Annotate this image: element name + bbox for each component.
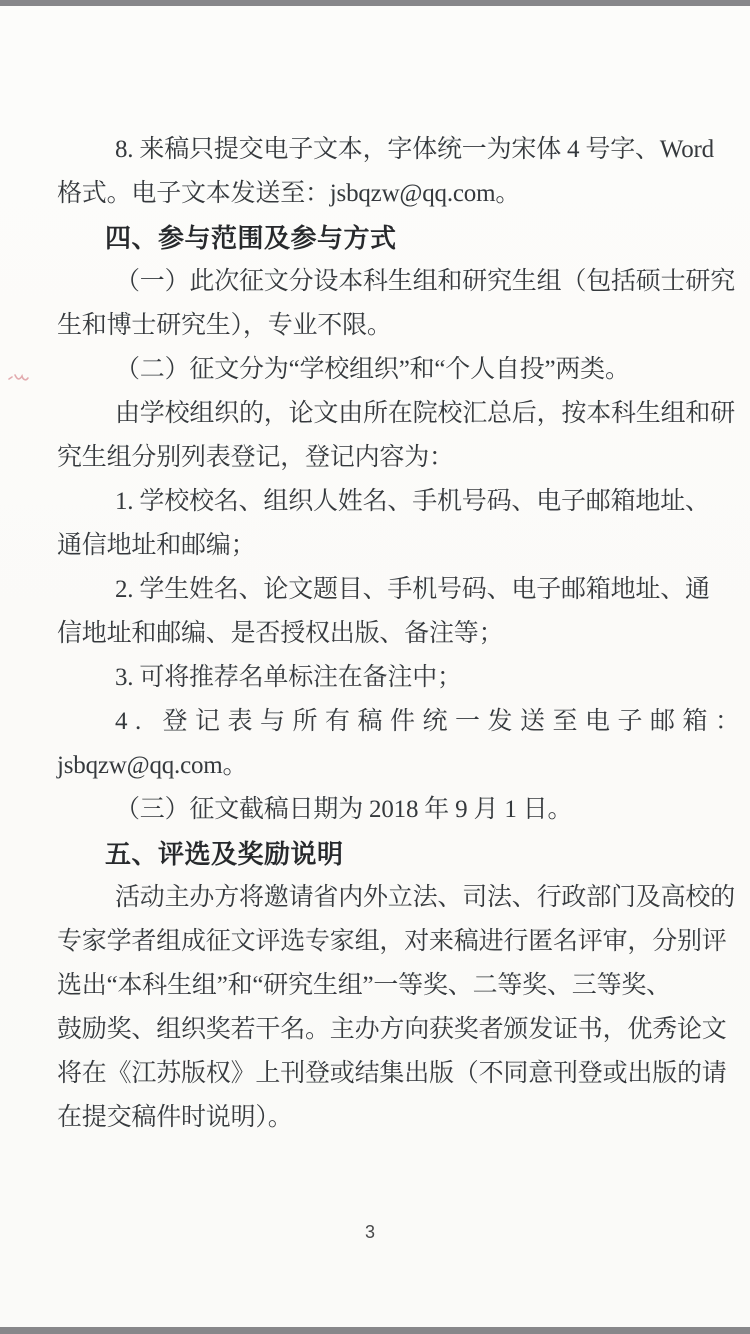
list-item2-line1: 2. 学生姓名、论文题目、手机号码、电子邮箱地址、通: [57, 568, 725, 612]
list-item4-email: jsbqzw@qq.com。: [57, 744, 725, 788]
para-5-line5: 将在《江苏版权》上刊登或结集出版（不同意刊登或出版的请: [57, 1052, 725, 1096]
section-heading-4: 四、参与范围及参与方式: [57, 216, 725, 260]
para-5-line2: 专家学者组成征文评选专家组，对来稿进行匿名评审，分别评: [57, 920, 725, 964]
para-school-org-line2: 究生组分别列表登记，登记内容为：: [57, 436, 725, 480]
page-number: 3: [0, 1212, 740, 1252]
para-4-3-deadline: （三）征文截稿日期为 2018 年 9 月 1 日。: [57, 788, 725, 832]
list-item3: 3. 可将推荐名单标注在备注中；: [57, 656, 725, 700]
para-item8-line1: 8. 来稿只提交电子文本，字体统一为宋体 4 号字、Word: [57, 128, 725, 172]
photo-bottom-edge: [0, 1327, 750, 1334]
para-4-2: （二）征文分为“学校组织”和“个人自投”两类。: [57, 348, 725, 392]
para-4-1-line2: 生和博士研究生），专业不限。: [57, 304, 725, 348]
red-ink-smudge: [6, 370, 32, 386]
photo-top-edge: [0, 0, 750, 6]
document-body: 8. 来稿只提交电子文本，字体统一为宋体 4 号字、Word 格式。电子文本发送…: [57, 128, 725, 1140]
photographed-document-page: { "colors": { "paper": "#fbfaf8", "photo…: [0, 0, 750, 1334]
list-item1-line1: 1. 学校校名、组织人姓名、手机号码、电子邮箱地址、: [57, 480, 725, 524]
para-school-org-line1: 由学校组织的，论文由所在院校汇总后，按本科生组和研: [57, 392, 725, 436]
para-item8-line2: 格式。电子文本发送至：jsbqzw@qq.com。: [57, 172, 725, 216]
list-item2-line2: 信地址和邮编、是否授权出版、备注等；: [57, 612, 725, 656]
para-5-line1: 活动主办方将邀请省内外立法、司法、行政部门及高校的: [57, 876, 725, 920]
para-4-1-line1: （一）此次征文分设本科生组和研究生组（包括硕士研究: [57, 260, 725, 304]
section-heading-5: 五、评选及奖励说明: [57, 832, 725, 876]
list-item4-line1: 4. 登记表与所有稿件统一发送至电子邮箱：: [57, 700, 725, 744]
para-5-line6: 在提交稿件时说明）。: [57, 1096, 725, 1140]
list-item1-line2: 通信地址和邮编；: [57, 524, 725, 568]
para-5-line4: 鼓励奖、组织奖若干名。主办方向获奖者颁发证书，优秀论文: [57, 1008, 725, 1052]
para-5-line3: 选出“本科生组”和“研究生组”一等奖、二等奖、三等奖、: [57, 964, 725, 1008]
